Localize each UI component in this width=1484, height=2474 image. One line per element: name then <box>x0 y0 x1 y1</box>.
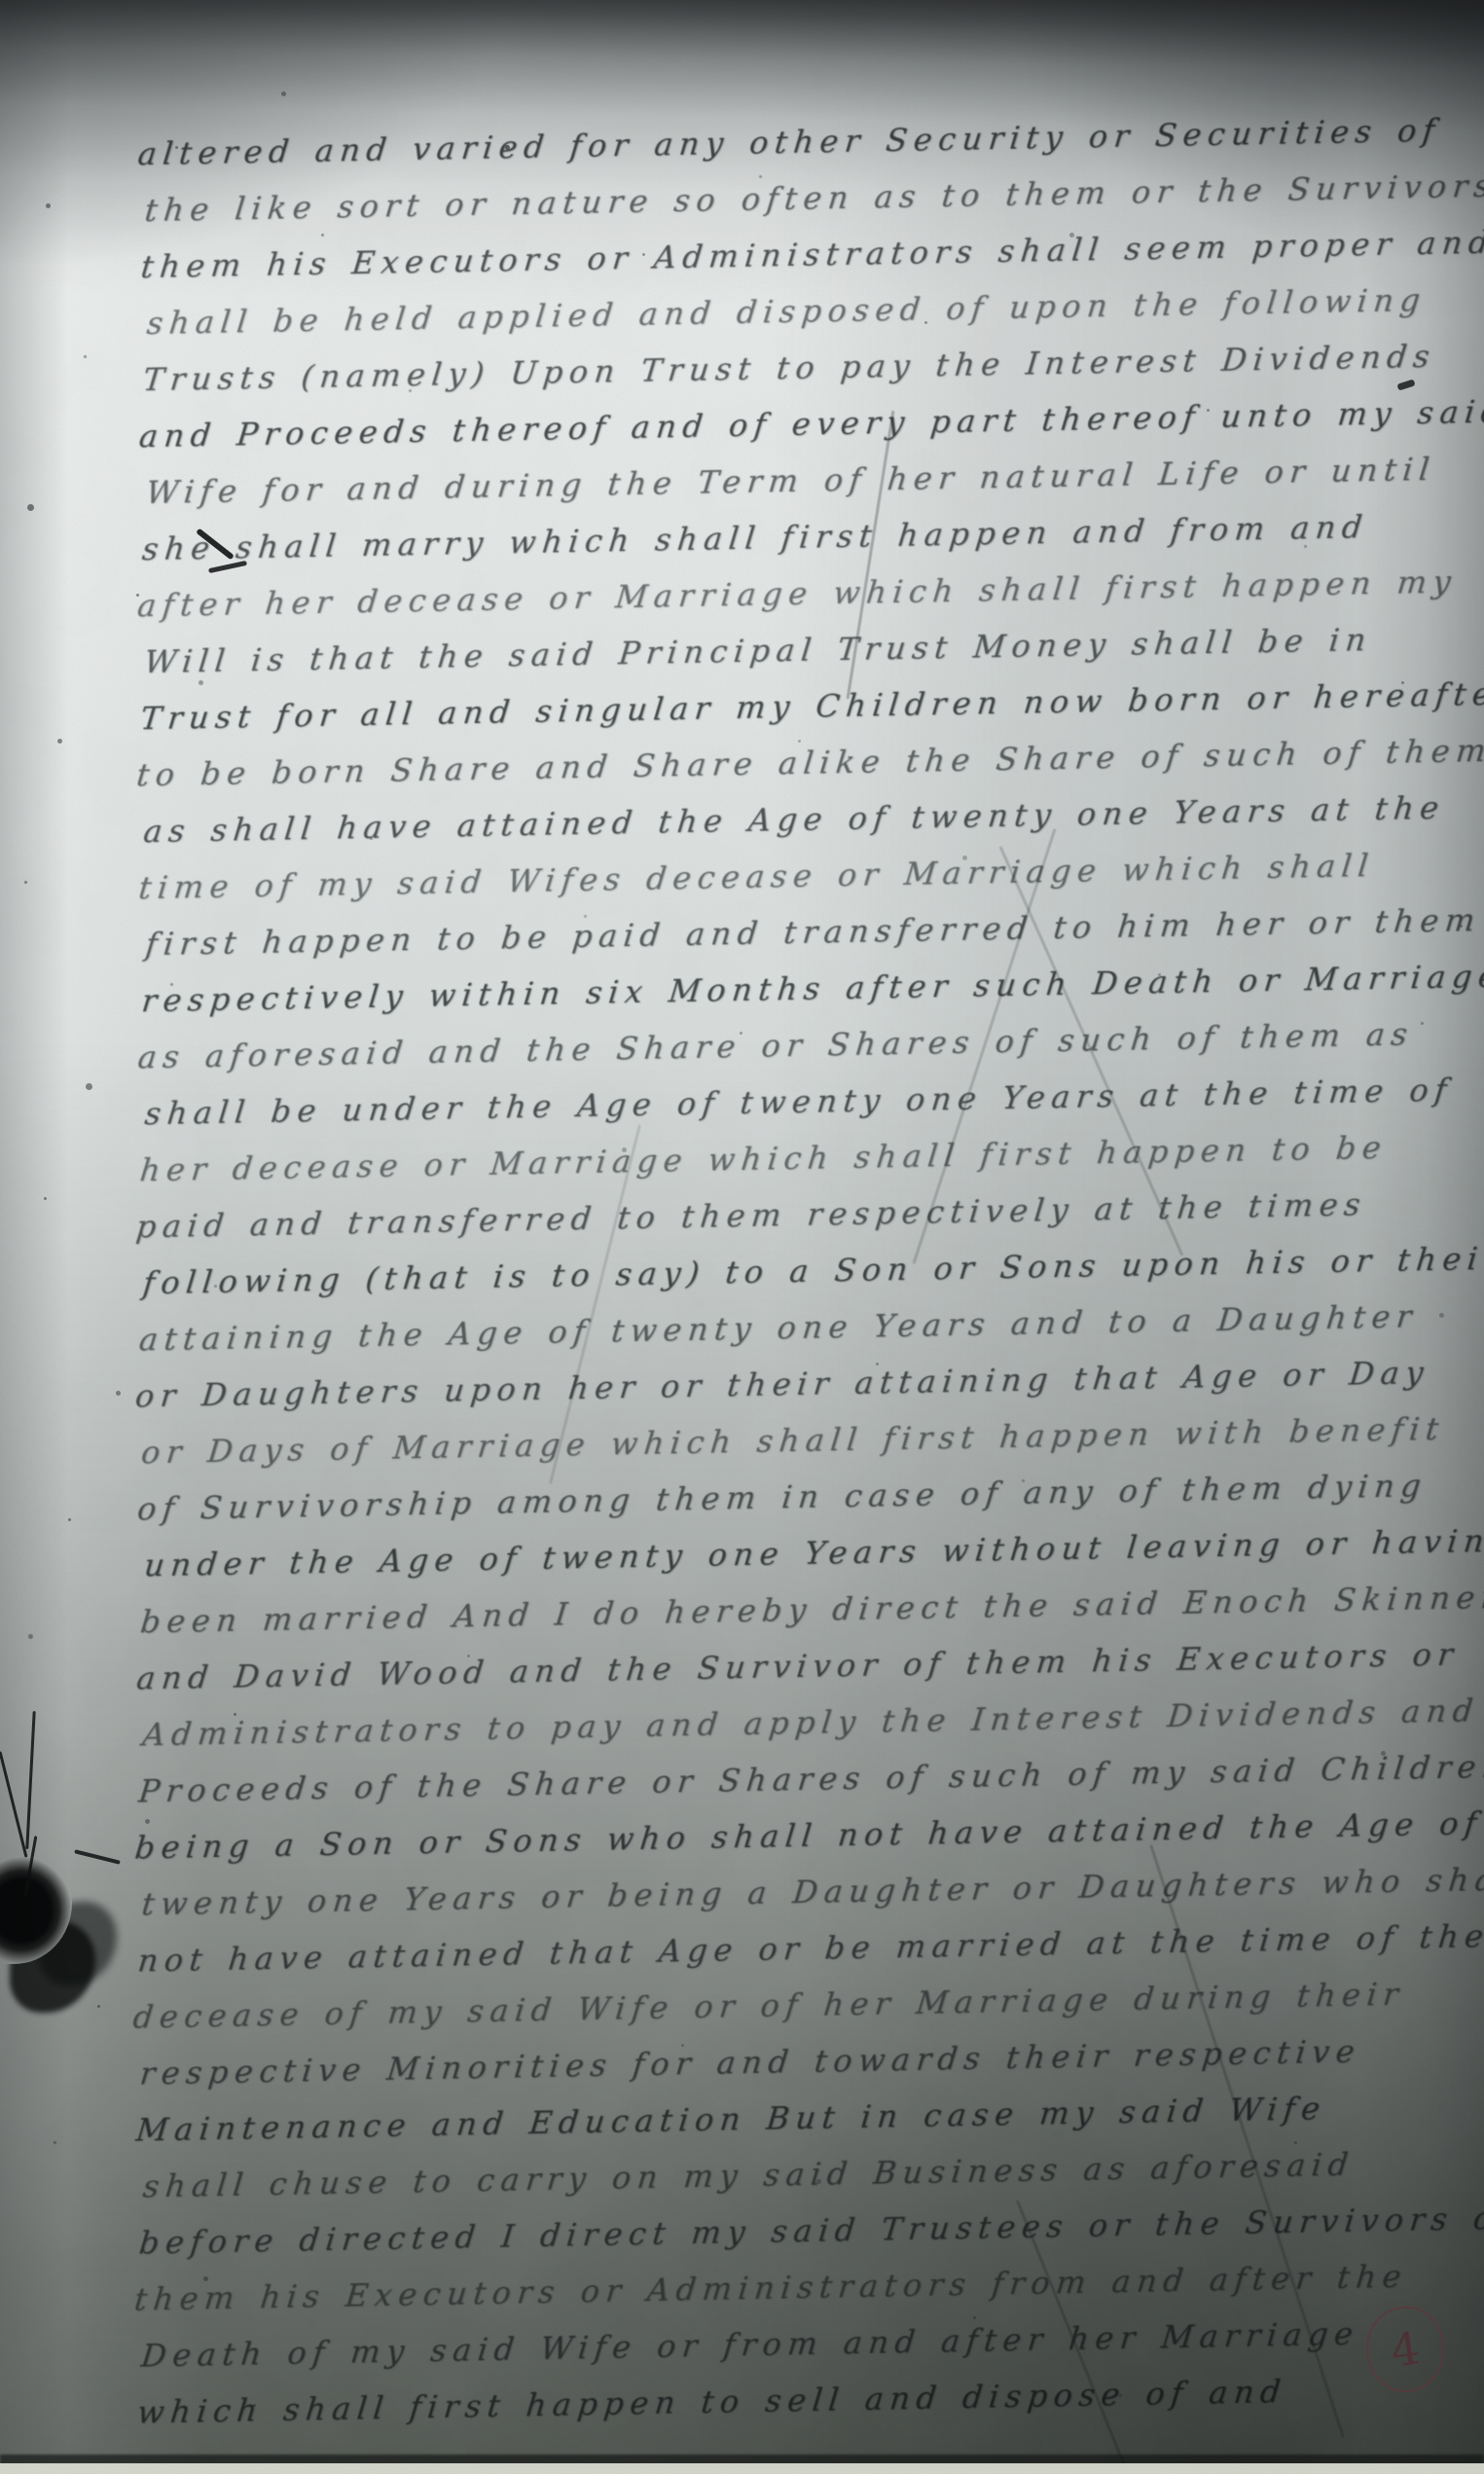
page-number: 4 <box>1388 2321 1424 2378</box>
manuscript-text: altered and varied for any other Securit… <box>0 101 1484 2443</box>
speckle-noise <box>0 0 3 3</box>
ink-mark <box>191 533 253 584</box>
photo-bottom-edge <box>0 2463 1484 2474</box>
photograph-of-manuscript: altered and varied for any other Securit… <box>0 0 1484 2474</box>
